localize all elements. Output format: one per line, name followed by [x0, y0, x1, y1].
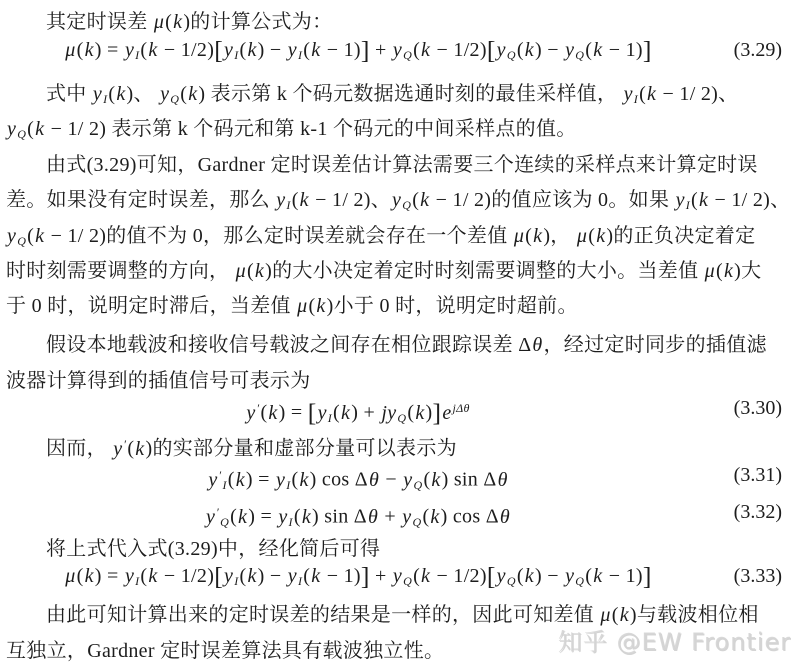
- math-token: y: [112, 438, 123, 460]
- math-token: y: [207, 469, 218, 491]
- math-token: k: [187, 83, 198, 105]
- watermark: 知乎 @EW Frontier: [559, 623, 792, 658]
- math-token: k: [524, 39, 535, 61]
- text-run: 其定时误差: [46, 11, 153, 33]
- math-token: y: [496, 39, 507, 61]
- text-run: (: [691, 189, 698, 211]
- math-token: Q: [17, 127, 27, 141]
- math-token: y: [277, 506, 288, 528]
- text-run: )的大小决定着定时时刻需要调整的大小。当差值: [265, 260, 704, 282]
- math-token: y: [564, 565, 575, 587]
- equation-line: μ(k) = yI(k − 1/2)[yI(k) − yI(k − 1)] + …: [6, 36, 798, 69]
- text-run: (: [517, 565, 524, 587]
- math-token: k: [301, 506, 312, 528]
- text-run: − 1/2): [431, 39, 487, 61]
- text-line: 假设本地载波和接收信号载波之间存在相位跟踪误差 Δθ，经过定时同步的插值滤: [6, 331, 798, 359]
- math-token: Q: [507, 48, 517, 62]
- math-token: μ: [296, 295, 308, 317]
- text-line: 由式(3.29)可知，Gardner 定时误差估计算法需要三个连续的采样点来计算…: [6, 151, 798, 179]
- math-token: k: [646, 83, 657, 105]
- text-run: ) =: [246, 469, 275, 491]
- math-token: μ: [153, 11, 165, 33]
- text-line: 其定时误差 μ(k)的计算公式为：: [6, 8, 798, 36]
- text-run: 由此可知计算出来的定时误差的结果是一样的，因此可知差值: [46, 604, 599, 626]
- math-token: Q: [412, 515, 422, 529]
- text-run: 式中: [46, 83, 92, 105]
- math-token: Q: [575, 48, 585, 62]
- text-run: (: [77, 565, 84, 587]
- math-token: k: [298, 469, 309, 491]
- math-token: k: [84, 565, 95, 587]
- text-line: yQ(k − 1/ 2)的值不为 0，那么定时误差就会存在一个差值 μ(k)， …: [6, 222, 798, 255]
- text-run: )，: [543, 225, 576, 247]
- text-run: +: [379, 506, 401, 528]
- text-run: )的计算公式为：: [183, 11, 332, 33]
- text-run: ) sin Δ: [312, 506, 367, 528]
- text-run: 差。如果没有定时误差，那么: [6, 189, 275, 211]
- text-run: )小于 0 时，说明定时超前。: [327, 295, 578, 317]
- text-run: +: [370, 39, 392, 61]
- text-run: ) +: [351, 402, 380, 424]
- math-token: k: [235, 469, 246, 491]
- text-run: ) −: [258, 39, 287, 61]
- text-run: 由式(3.29)可知，Gardner 定时误差估计算法需要三个连续的采样点来计算…: [46, 154, 758, 176]
- text-run: − 1/ 2) 表示第 k 个码元和第 k-1 个码元的中间采样点的值。: [45, 118, 576, 140]
- math-token: k: [310, 565, 321, 587]
- math-token: ]: [643, 36, 652, 65]
- text-run: (: [228, 469, 235, 491]
- math-token: k: [414, 402, 425, 424]
- math-token: k: [299, 189, 310, 211]
- text-run: − 1/ 2)的值应该为 0。如果: [430, 189, 674, 211]
- math-token: k: [34, 118, 45, 140]
- math-token: jy: [380, 402, 397, 424]
- math-token: [: [214, 562, 223, 591]
- math-token: y: [205, 506, 216, 528]
- text-run: − 1): [603, 39, 642, 61]
- math-token: Q: [575, 574, 585, 588]
- math-token: y: [6, 225, 17, 247]
- math-token: k: [134, 438, 145, 460]
- math-token: y: [223, 565, 234, 587]
- equation-number: (3.30): [734, 394, 782, 422]
- equation-line: y′I(k) = yI(k) cos Δθ − yQ(k) sin Δθ(3.3…: [6, 461, 798, 499]
- text-line: yQ(k − 1/ 2) 表示第 k 个码元和第 k-1 个码元的中间采样点的值…: [6, 115, 798, 148]
- text-line: 时时刻需要调整的方向， μ(k)的大小决定着定时时刻需要调整的大小。当差值 μ(…: [6, 257, 798, 285]
- math-token: k: [595, 225, 606, 247]
- math-token: θ: [367, 506, 379, 528]
- math-token: k: [34, 225, 45, 247]
- text-run: (: [292, 189, 299, 211]
- math-token: e: [441, 402, 452, 424]
- text-line: 将上式代入式(3.29)中，经化简后可得: [6, 535, 798, 563]
- text-run: +: [370, 565, 392, 587]
- text-run: − 1): [321, 39, 360, 61]
- text-run: ) cos Δ: [441, 506, 499, 528]
- math-token: y: [159, 83, 170, 105]
- text-run: − 1/ 2)的值不为 0，那么定时误差就会存在一个差值: [45, 225, 513, 247]
- text-run: ) −: [535, 565, 564, 587]
- math-token: Q: [397, 411, 407, 425]
- math-token: k: [532, 225, 543, 247]
- math-token: θ: [368, 469, 380, 491]
- text-run: 时时刻需要调整的方向，: [6, 260, 235, 282]
- document-page: 其定时误差 μ(k)的计算公式为：μ(k) = yI(k − 1/2)[yI(k…: [0, 0, 804, 670]
- text-run: (: [333, 402, 340, 424]
- math-token: y: [223, 39, 234, 61]
- math-token: k: [723, 260, 734, 282]
- math-token: y: [317, 402, 328, 424]
- math-token: k: [592, 39, 603, 61]
- math-token: k: [147, 565, 158, 587]
- math-token: y: [401, 506, 412, 528]
- text-line: 于 0 时，说明定时滞后，当差值 μ(k)小于 0 时，说明定时超前。: [6, 292, 798, 320]
- text-line: 因而， y′(k)的实部分量和虚部分量可以表示为: [6, 430, 798, 463]
- math-token: Q: [402, 198, 412, 212]
- math-token: jΔθ: [453, 401, 471, 415]
- math-token: y: [245, 402, 256, 424]
- text-run: ，经过定时同步的插值滤: [544, 334, 767, 356]
- math-token: k: [115, 83, 126, 105]
- text-run: − 1/ 2)、: [657, 83, 738, 105]
- math-token: k: [267, 402, 278, 424]
- text-line: 差。如果没有定时误差，那么 yI(k − 1/ 2)、yQ(k − 1/ 2)的…: [6, 186, 798, 219]
- math-token: y: [124, 39, 135, 61]
- text-run: (: [247, 260, 254, 282]
- math-token: k: [172, 11, 183, 33]
- math-token: Q: [17, 234, 27, 248]
- math-token: θ: [531, 334, 543, 356]
- math-token: k: [592, 565, 603, 587]
- text-run: − 1/2): [431, 565, 487, 587]
- math-token: μ: [513, 225, 525, 247]
- text-run: (: [77, 39, 84, 61]
- math-token: ]: [643, 562, 652, 591]
- equation-line: y′Q(k) = yI(k) sin Δθ + yQ(k) cos Δθ(3.3…: [6, 498, 798, 536]
- math-token: y: [287, 565, 298, 587]
- text-run: 波器计算得到的插值信号可表示为: [6, 370, 311, 392]
- math-token: k: [429, 506, 440, 528]
- math-token: ]: [361, 562, 370, 591]
- text-run: 互独立，Gardner 定时误差算法具有载波独立性。: [6, 640, 444, 662]
- text-run: ) =: [95, 565, 124, 587]
- math-token: y: [564, 39, 575, 61]
- math-token: y: [675, 189, 686, 211]
- text-run: ) −: [535, 39, 564, 61]
- text-run: − 1/2): [159, 565, 215, 587]
- math-token: k: [698, 189, 709, 211]
- math-token: y: [392, 565, 403, 587]
- math-token: Q: [220, 515, 230, 529]
- math-token: θ: [499, 506, 511, 528]
- equation-number: (3.32): [734, 498, 782, 526]
- math-token: ]: [432, 398, 441, 427]
- equation-line: μ(k) = yI(k − 1/2)[yI(k) − yI(k − 1)] + …: [6, 562, 798, 595]
- math-token: k: [340, 402, 351, 424]
- math-token: Q: [170, 92, 180, 106]
- equation-line: y′(k) = [yI(k) + jyQ(k)]ejΔθ(3.30): [6, 394, 798, 432]
- text-run: (: [716, 260, 723, 282]
- text-run: ) =: [95, 39, 124, 61]
- text-run: (: [413, 565, 420, 587]
- math-token: y: [287, 39, 298, 61]
- math-token: k: [420, 39, 431, 61]
- text-run: − 1/ 2)、: [310, 189, 391, 211]
- math-token: Q: [413, 478, 423, 492]
- math-token: k: [254, 260, 265, 282]
- equation-number: (3.29): [734, 36, 782, 64]
- math-token: Q: [507, 574, 517, 588]
- text-run: − 1/2): [159, 39, 215, 61]
- text-run: 因而，: [46, 438, 112, 460]
- math-token: y: [392, 39, 403, 61]
- text-run: − 1): [321, 565, 360, 587]
- text-run: ) 表示第 k 个码元数据选通时刻的最佳采样值，: [198, 83, 622, 105]
- math-token: [: [214, 36, 223, 65]
- math-token: θ: [497, 469, 509, 491]
- text-line: 式中 yI(k)、 yQ(k) 表示第 k 个码元数据选通时刻的最佳采样值， y…: [6, 80, 798, 113]
- text-run: )的正负决定着定: [606, 225, 755, 247]
- math-token: y: [6, 118, 17, 140]
- math-token: k: [246, 565, 257, 587]
- equation-number: (3.31): [734, 461, 782, 489]
- math-token: μ: [576, 225, 588, 247]
- text-run: (: [413, 39, 420, 61]
- math-token: [: [487, 36, 496, 65]
- math-token: μ: [704, 260, 716, 282]
- math-token: k: [315, 295, 326, 317]
- text-run: ) sin Δ: [442, 469, 497, 491]
- math-token: y: [496, 565, 507, 587]
- math-token: k: [524, 565, 535, 587]
- text-run: 将上式代入式(3.29)中，经化简后可得: [46, 538, 380, 560]
- math-token: y: [275, 189, 286, 211]
- text-line: 波器计算得到的插值信号可表示为: [6, 367, 798, 395]
- math-token: k: [430, 469, 441, 491]
- math-token: k: [237, 506, 248, 528]
- math-token: ]: [361, 36, 370, 65]
- text-run: 假设本地载波和接收信号载波之间存在相位跟踪误差 Δ: [46, 334, 531, 356]
- math-token: y: [391, 189, 402, 211]
- math-token: y: [275, 469, 286, 491]
- text-run: ) cos Δ: [310, 469, 368, 491]
- math-token: [: [487, 562, 496, 591]
- math-token: k: [147, 39, 158, 61]
- math-token: μ: [235, 260, 247, 282]
- text-run: )、: [127, 83, 160, 105]
- math-token: y: [124, 565, 135, 587]
- text-run: (: [517, 39, 524, 61]
- text-run: ) −: [258, 565, 287, 587]
- text-run: (: [230, 506, 237, 528]
- math-token: k: [419, 189, 430, 211]
- text-run: − 1): [603, 565, 642, 587]
- equation-number: (3.33): [734, 562, 782, 590]
- math-token: [: [308, 398, 317, 427]
- text-run: ) =: [279, 402, 308, 424]
- math-token: k: [246, 39, 257, 61]
- math-token: k: [310, 39, 321, 61]
- text-run: ) =: [248, 506, 277, 528]
- math-token: Q: [403, 48, 413, 62]
- text-run: (: [639, 83, 646, 105]
- text-run: (: [294, 506, 301, 528]
- math-token: y: [92, 83, 103, 105]
- math-token: k: [84, 39, 95, 61]
- math-token: Q: [403, 574, 413, 588]
- text-run: 于 0 时，说明定时滞后，当差值: [6, 295, 296, 317]
- text-run: )的实部分量和虚部分量可以表示为: [145, 438, 456, 460]
- text-run: − 1/ 2)、: [709, 189, 790, 211]
- math-token: y: [402, 469, 413, 491]
- math-token: y: [623, 83, 634, 105]
- math-token: k: [420, 565, 431, 587]
- text-run: −: [380, 469, 402, 491]
- math-token: μ: [64, 565, 76, 587]
- math-token: μ: [64, 39, 76, 61]
- text-run: )大: [734, 260, 761, 282]
